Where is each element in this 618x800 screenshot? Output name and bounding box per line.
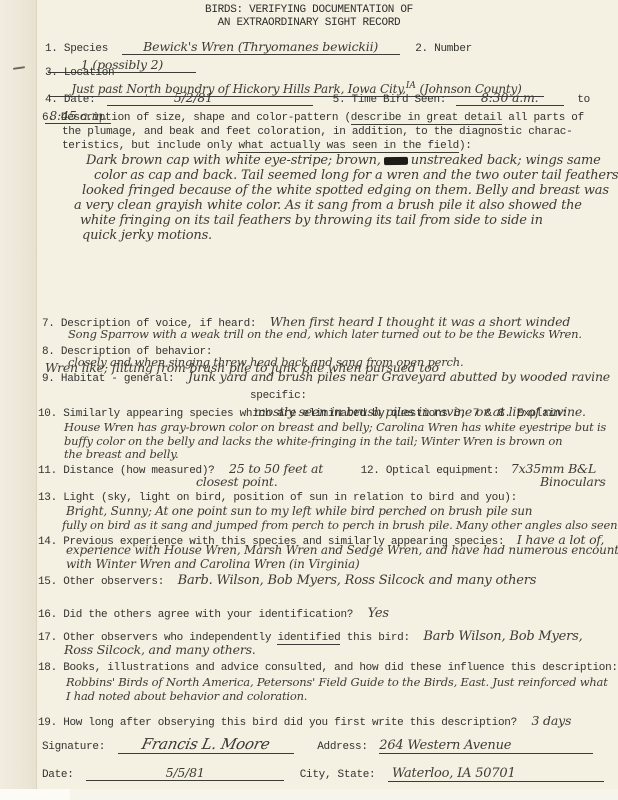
number-label: 2. Number [415, 43, 472, 55]
stray-tick: ' [145, 92, 148, 105]
paper-left-edge [0, 0, 37, 800]
species-label: 1. Species [45, 43, 108, 55]
time-from-value: 8:30 a.m. [456, 90, 564, 106]
q16-row: 16. Did the others agree with your ident… [38, 604, 389, 622]
q6-answer-line3: looked fringed because of the white spot… [82, 183, 618, 198]
q6-answer-line6: quick jerky motions. [82, 228, 618, 243]
q10-answer: House Wren has gray-brown color on breas… [64, 421, 606, 462]
q9-row: 9. Habitat - general: Junk yard and brus… [42, 368, 610, 386]
address-value: 264 Western Avenue [379, 738, 593, 754]
q17-answer-line2: Ross Silcock, and many others. [64, 642, 256, 657]
q14-answer: experience with House Wren, Marsh Wren a… [66, 544, 618, 571]
q18-answer-line2: I had noted about behavior and coloratio… [66, 690, 608, 704]
q12-answer-line2: Binoculars [540, 474, 606, 489]
paper-bottom-edge [0, 789, 618, 800]
q8-answer-line2: closely and when singing threw head back… [68, 355, 463, 369]
q14-answer-line1: experience with House Wren, Marsh Wren a… [66, 544, 618, 558]
address-label: Address: [317, 741, 367, 753]
q14-answer-line2: with Winter Wren and Carolina Wren (in V… [66, 558, 618, 572]
q18-label: 18. Books, illustrations and advice cons… [38, 662, 618, 674]
q16-answer: Yes [368, 606, 389, 621]
q13-answer-line1: Bright, Sunny; At one point sun to my le… [66, 505, 618, 519]
q6-label-line3: teristics, but include only what actuall… [42, 139, 584, 153]
q11-answer-line2: closest point. [196, 474, 278, 489]
form-title-line2: AN EXTRAORDINARY SIGHT RECORD [0, 17, 618, 30]
q15-row: 15. Other observers: Barb. Wilson, Bob M… [38, 571, 536, 589]
q6-label: 6. Description of size, shape and color-… [42, 111, 584, 153]
q17-answer-line1: Barb Wilson, Bob Myers, [423, 629, 582, 644]
species-value: Bewick's Wren (Thryomanes bewickii) [122, 39, 400, 55]
form-title-line1: BIRDS: VERIFYING DOCUMENTATION OF [0, 4, 618, 17]
q6-answer-line2: color as cap and back. Tail seemed long … [94, 168, 618, 183]
q18-answer-line1: Robbins' Birds of North America, Peterso… [66, 676, 608, 690]
form-title: BIRDS: VERIFYING DOCUMENTATION OF AN EXT… [0, 4, 618, 30]
scanned-form-page: BIRDS: VERIFYING DOCUMENTATION OF AN EXT… [0, 0, 618, 800]
q13-answer: Bright, Sunny; At one point sun to my le… [66, 505, 618, 532]
signature-label: Signature: [42, 741, 105, 753]
bottom-date-row: Date: 5/5/81 City, State: Waterloo, IA 5… [42, 764, 604, 782]
signature-row: Signature: Francis L. Moore Address: 264… [42, 735, 593, 754]
q15-label: 15. Other observers: [38, 576, 164, 588]
q13-label: 13. Light (sky, light on bird, position … [38, 492, 517, 504]
q10-label: 10. Similarly appearing species which ar… [38, 408, 567, 420]
q19-answer: 3 days [532, 713, 572, 728]
city-state-label: City, State: [300, 769, 376, 781]
q9-answer-general: Junk yard and brush piles near Graveyard… [188, 369, 610, 384]
date-value: '5/2/81 [107, 90, 313, 106]
q15-answer: Barb. Wilson, Bob Myers, Ross Silcock an… [178, 573, 537, 588]
q18-answer: Robbins' Birds of North America, Peterso… [66, 676, 608, 703]
bottom-date-value: 5/5/81 [86, 765, 284, 781]
q6-answer-line4: a very clean grayish white color. As it … [74, 198, 618, 213]
q9-label: 9. Habitat - general: [42, 373, 174, 385]
q19-row: 19. How long after obserying this bird d… [38, 712, 571, 730]
q19-label: 19. How long after obserying this bird d… [38, 717, 517, 729]
signature-value: Francis L. Moore [118, 735, 294, 754]
q10-answer-line1: House Wren has gray-brown color on breas… [64, 421, 606, 435]
scribbled-out-word [384, 156, 408, 164]
q10-answer-line2: buffy color on the belly and lacks the w… [64, 435, 606, 449]
q11-q12-row: 11. Distance (how measured)? 25 to 50 fe… [38, 460, 596, 478]
location-label: 3. Location [45, 67, 114, 79]
q11-label: 11. Distance (how measured)? [38, 465, 214, 477]
date-label: 4. Date: [45, 94, 95, 106]
q13-answer-line2: fully on bird as it sang and jumped from… [62, 519, 618, 533]
q6-answer-line1: Dark brown cap with white eye-stripe; br… [86, 153, 618, 168]
q6-answer: Dark brown cap with white eye-stripe; br… [86, 153, 618, 243]
bottom-date-label: Date: [42, 769, 74, 781]
time-to-word: to [577, 94, 590, 106]
city-state-value: Waterloo, IA 50701 [388, 766, 604, 782]
q6-label-line1: 6. Description of size, shape and color-… [42, 111, 584, 125]
q7-answer-line2: Song Sparrow with a weak trill on the en… [68, 327, 582, 341]
q9-specific-label: specific: [250, 390, 307, 402]
q6-answer-line5: white fringing on its tail feathers by t… [80, 213, 618, 228]
q16-label: 16. Did the others agree with your ident… [38, 609, 353, 621]
q12-label: 12. Optical equipment: [361, 465, 500, 477]
paper-bottom-corner [0, 789, 70, 800]
q6-label-line2: the plumage, and beak and feet coloratio… [42, 125, 584, 139]
time-seen-label: 5. Time Bird Seen: [333, 94, 446, 106]
